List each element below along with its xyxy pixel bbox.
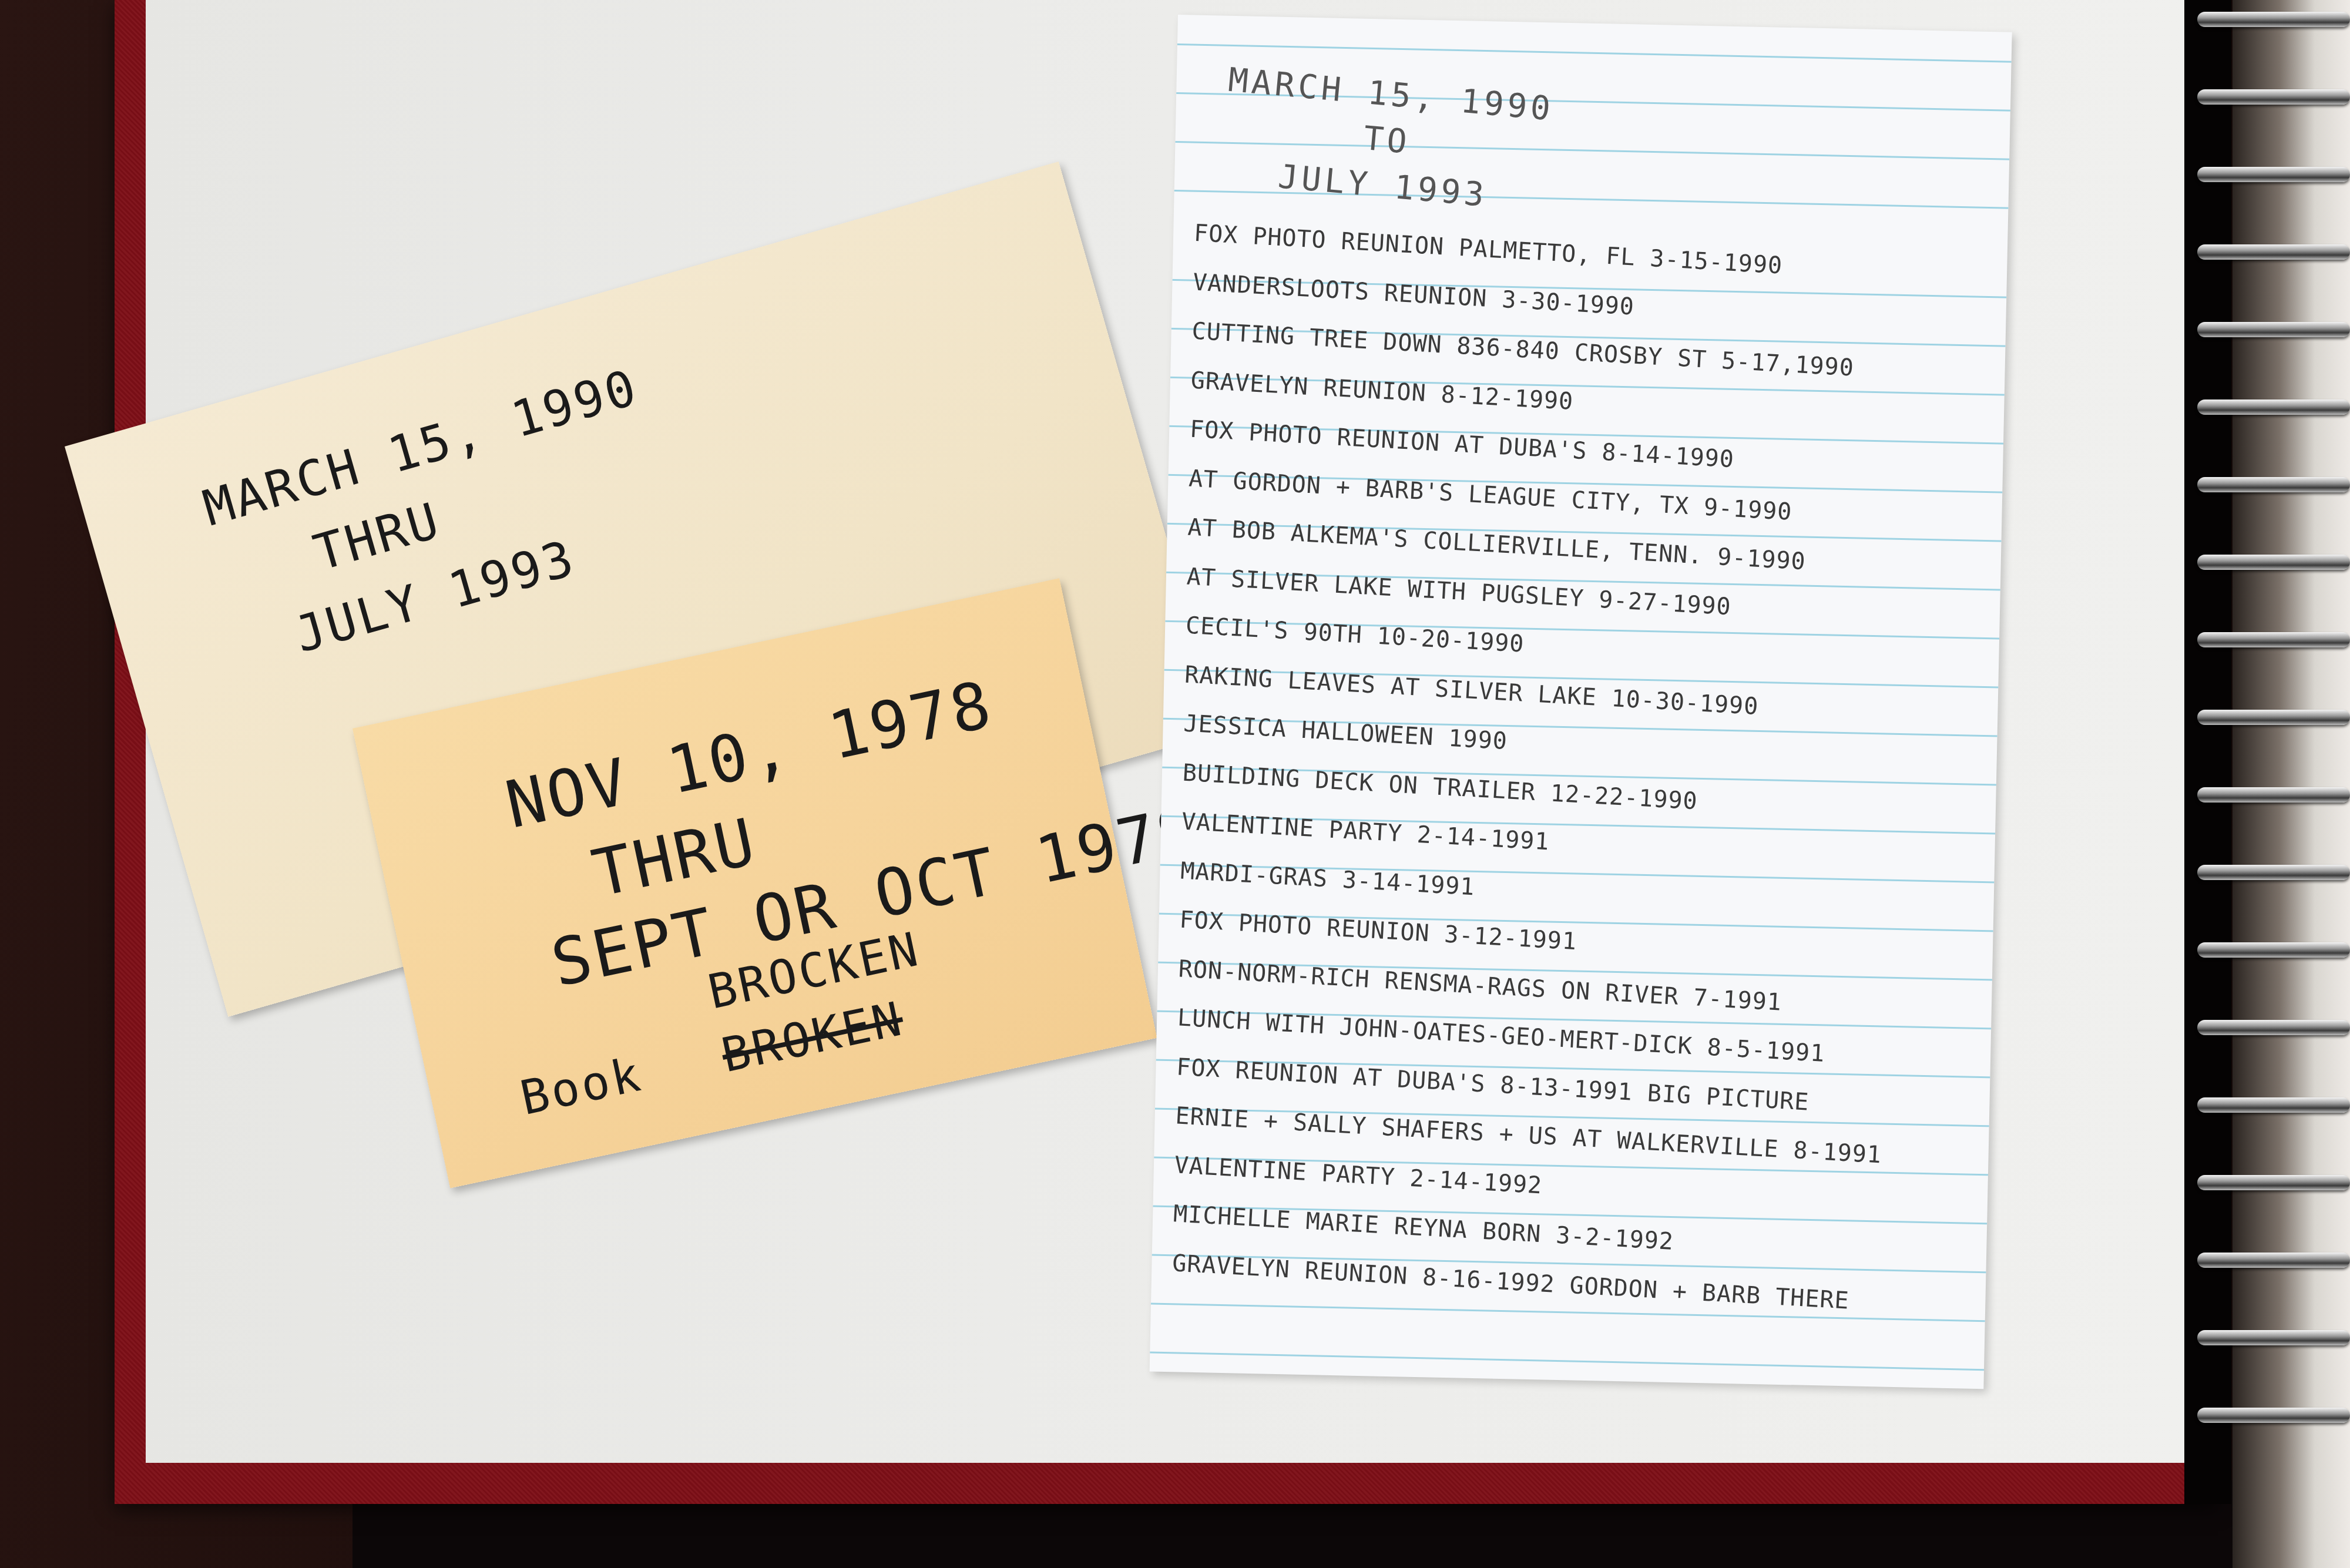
binder-spine [2184,0,2231,1504]
binder-ring [2197,89,2350,105]
binder-ring [2197,12,2350,27]
binder-ring [2197,477,2350,492]
binder-ring [2197,1253,2350,1268]
binder-ring [2197,322,2350,337]
binder-ring [2197,865,2350,880]
binder-ring [2197,244,2350,260]
binder-ring [2197,555,2350,570]
binder-ring [2197,1330,2350,1345]
binder-ring [2197,787,2350,803]
binder-ring [2197,710,2350,725]
binder-ring [2197,632,2350,647]
binder-ring [2197,167,2350,182]
binder-ring [2197,1175,2350,1190]
event-list: FOX PHOTO REUNION PALMETTO, FL 3-15-1990… [1172,209,2005,1305]
event-log-sheet: MARCH 15, 1990 TO JULY 1993 FOX PHOTO RE… [1150,15,2012,1389]
card-book-label: Book [516,1047,647,1126]
sheet-header: MARCH 15, 1990 TO JULY 1993 [1170,53,1603,228]
binder-ring [2197,942,2350,958]
binder-ring [2197,399,2350,415]
binder-ring [2197,1408,2350,1423]
binder-ring [2197,1020,2350,1035]
binder-ring [2197,1097,2350,1113]
